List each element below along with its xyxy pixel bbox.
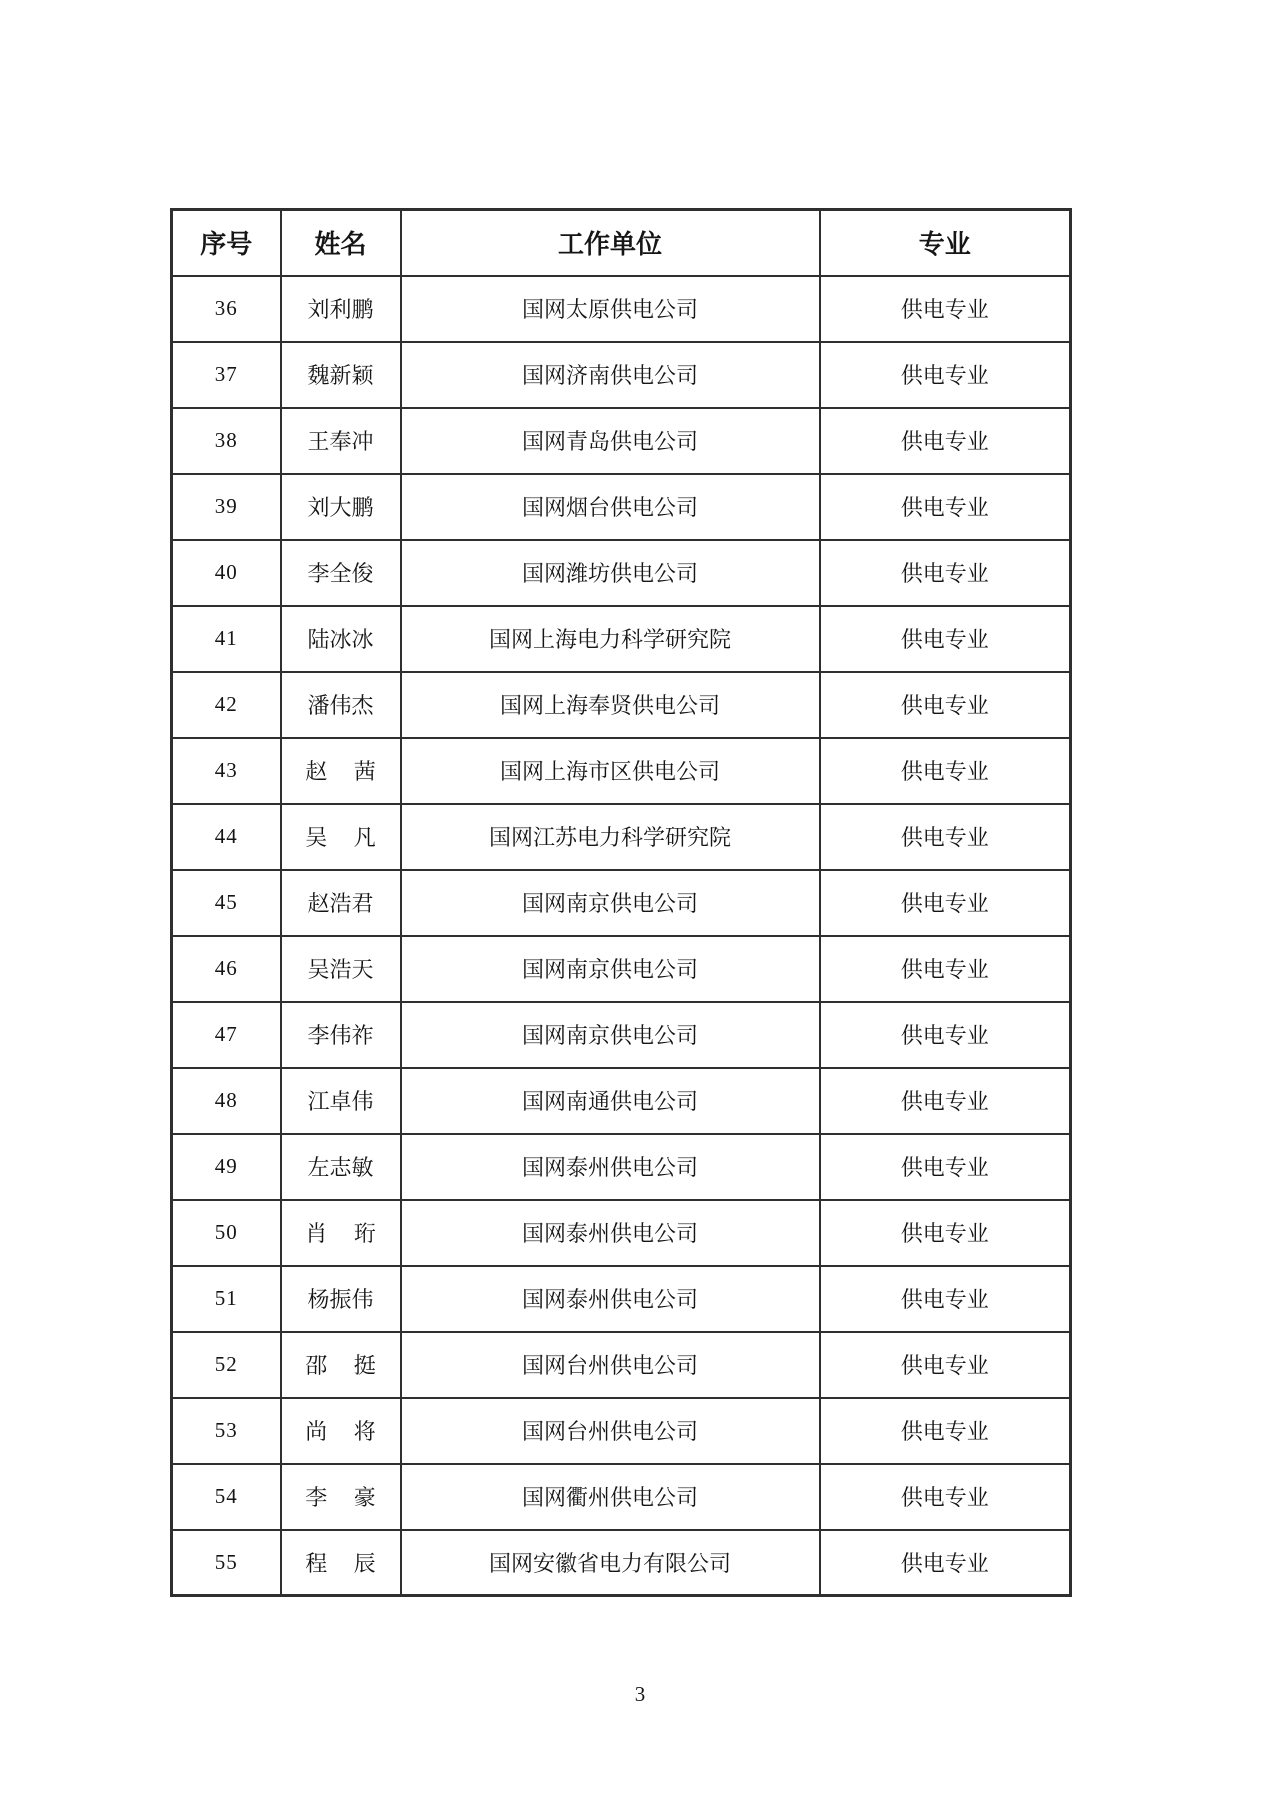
cell-major: 供电专业: [820, 1068, 1071, 1134]
cell-unit: 国网衢州供电公司: [401, 1464, 820, 1530]
cell-name: 王奉冲: [281, 408, 401, 474]
table-row: 46吴浩天国网南京供电公司供电专业: [172, 936, 1071, 1002]
cell-unit: 国网青岛供电公司: [401, 408, 820, 474]
cell-name: 刘大鹏: [281, 474, 401, 540]
cell-index: 54: [172, 1464, 281, 1530]
cell-major: 供电专业: [820, 1002, 1071, 1068]
cell-unit: 国网上海电力科学研究院: [401, 606, 820, 672]
cell-unit: 国网南京供电公司: [401, 870, 820, 936]
cell-index: 53: [172, 1398, 281, 1464]
cell-name: 赵 茜: [281, 738, 401, 804]
cell-major: 供电专业: [820, 1200, 1071, 1266]
cell-index: 51: [172, 1266, 281, 1332]
cell-major: 供电专业: [820, 606, 1071, 672]
cell-name: 魏新颖: [281, 342, 401, 408]
personnel-table: 序号 姓名 工作单位 专业 36刘利鹏国网太原供电公司供电专业37魏新颖国网济南…: [170, 208, 1072, 1597]
cell-name: 左志敏: [281, 1134, 401, 1200]
table-row: 40李全俊国网潍坊供电公司供电专业: [172, 540, 1071, 606]
table-row: 54李 豪国网衢州供电公司供电专业: [172, 1464, 1071, 1530]
cell-unit: 国网南京供电公司: [401, 1002, 820, 1068]
table-row: 36刘利鹏国网太原供电公司供电专业: [172, 276, 1071, 342]
cell-index: 43: [172, 738, 281, 804]
cell-major: 供电专业: [820, 1530, 1071, 1596]
cell-index: 44: [172, 804, 281, 870]
cell-major: 供电专业: [820, 474, 1071, 540]
cell-index: 37: [172, 342, 281, 408]
cell-index: 48: [172, 1068, 281, 1134]
cell-index: 52: [172, 1332, 281, 1398]
cell-unit: 国网台州供电公司: [401, 1398, 820, 1464]
cell-major: 供电专业: [820, 804, 1071, 870]
cell-major: 供电专业: [820, 870, 1071, 936]
cell-name: 杨振伟: [281, 1266, 401, 1332]
cell-unit: 国网上海奉贤供电公司: [401, 672, 820, 738]
cell-index: 46: [172, 936, 281, 1002]
table-row: 38王奉冲国网青岛供电公司供电专业: [172, 408, 1071, 474]
cell-unit: 国网泰州供电公司: [401, 1134, 820, 1200]
cell-major: 供电专业: [820, 1464, 1071, 1530]
cell-unit: 国网潍坊供电公司: [401, 540, 820, 606]
cell-major: 供电专业: [820, 1398, 1071, 1464]
cell-index: 49: [172, 1134, 281, 1200]
table-header-row: 序号 姓名 工作单位 专业: [172, 210, 1071, 276]
cell-index: 55: [172, 1530, 281, 1596]
cell-index: 45: [172, 870, 281, 936]
table-row: 43赵 茜国网上海市区供电公司供电专业: [172, 738, 1071, 804]
cell-index: 47: [172, 1002, 281, 1068]
cell-name: 刘利鹏: [281, 276, 401, 342]
cell-name: 肖 珩: [281, 1200, 401, 1266]
cell-name: 邵 挺: [281, 1332, 401, 1398]
cell-major: 供电专业: [820, 1332, 1071, 1398]
cell-unit: 国网泰州供电公司: [401, 1266, 820, 1332]
cell-unit: 国网太原供电公司: [401, 276, 820, 342]
cell-major: 供电专业: [820, 1266, 1071, 1332]
cell-index: 50: [172, 1200, 281, 1266]
cell-name: 吴浩天: [281, 936, 401, 1002]
cell-name: 李伟祚: [281, 1002, 401, 1068]
cell-name: 李 豪: [281, 1464, 401, 1530]
table-row: 49左志敏国网泰州供电公司供电专业: [172, 1134, 1071, 1200]
table-row: 44吴 凡国网江苏电力科学研究院供电专业: [172, 804, 1071, 870]
cell-unit: 国网台州供电公司: [401, 1332, 820, 1398]
document-page: 序号 姓名 工作单位 专业 36刘利鹏国网太原供电公司供电专业37魏新颖国网济南…: [0, 0, 1280, 1810]
header-cell-unit: 工作单位: [401, 210, 820, 276]
cell-unit: 国网江苏电力科学研究院: [401, 804, 820, 870]
cell-index: 42: [172, 672, 281, 738]
table-row: 53尚 将国网台州供电公司供电专业: [172, 1398, 1071, 1464]
table-row: 55程 辰国网安徽省电力有限公司供电专业: [172, 1530, 1071, 1596]
table-row: 42潘伟杰国网上海奉贤供电公司供电专业: [172, 672, 1071, 738]
cell-name: 程 辰: [281, 1530, 401, 1596]
table-row: 45赵浩君国网南京供电公司供电专业: [172, 870, 1071, 936]
cell-major: 供电专业: [820, 738, 1071, 804]
cell-unit: 国网安徽省电力有限公司: [401, 1530, 820, 1596]
cell-index: 36: [172, 276, 281, 342]
cell-major: 供电专业: [820, 342, 1071, 408]
table-row: 39刘大鹏国网烟台供电公司供电专业: [172, 474, 1071, 540]
table-row: 48江卓伟国网南通供电公司供电专业: [172, 1068, 1071, 1134]
cell-unit: 国网南通供电公司: [401, 1068, 820, 1134]
cell-index: 38: [172, 408, 281, 474]
table-row: 51杨振伟国网泰州供电公司供电专业: [172, 1266, 1071, 1332]
cell-major: 供电专业: [820, 540, 1071, 606]
cell-name: 李全俊: [281, 540, 401, 606]
header-cell-index: 序号: [172, 210, 281, 276]
cell-name: 陆冰冰: [281, 606, 401, 672]
table-row: 47李伟祚国网南京供电公司供电专业: [172, 1002, 1071, 1068]
page-number: 3: [0, 1682, 1280, 1707]
cell-major: 供电专业: [820, 1134, 1071, 1200]
cell-name: 吴 凡: [281, 804, 401, 870]
cell-unit: 国网烟台供电公司: [401, 474, 820, 540]
table-row: 50肖 珩国网泰州供电公司供电专业: [172, 1200, 1071, 1266]
table-row: 37魏新颖国网济南供电公司供电专业: [172, 342, 1071, 408]
table-row: 41陆冰冰国网上海电力科学研究院供电专业: [172, 606, 1071, 672]
cell-unit: 国网泰州供电公司: [401, 1200, 820, 1266]
cell-index: 41: [172, 606, 281, 672]
cell-index: 39: [172, 474, 281, 540]
cell-major: 供电专业: [820, 276, 1071, 342]
cell-name: 江卓伟: [281, 1068, 401, 1134]
cell-index: 40: [172, 540, 281, 606]
table-row: 52邵 挺国网台州供电公司供电专业: [172, 1332, 1071, 1398]
header-cell-major: 专业: [820, 210, 1071, 276]
cell-name: 赵浩君: [281, 870, 401, 936]
cell-major: 供电专业: [820, 936, 1071, 1002]
cell-name: 尚 将: [281, 1398, 401, 1464]
header-cell-name: 姓名: [281, 210, 401, 276]
cell-unit: 国网上海市区供电公司: [401, 738, 820, 804]
cell-unit: 国网南京供电公司: [401, 936, 820, 1002]
cell-unit: 国网济南供电公司: [401, 342, 820, 408]
cell-name: 潘伟杰: [281, 672, 401, 738]
cell-major: 供电专业: [820, 408, 1071, 474]
table-body: 36刘利鹏国网太原供电公司供电专业37魏新颖国网济南供电公司供电专业38王奉冲国…: [172, 276, 1071, 1596]
cell-major: 供电专业: [820, 672, 1071, 738]
